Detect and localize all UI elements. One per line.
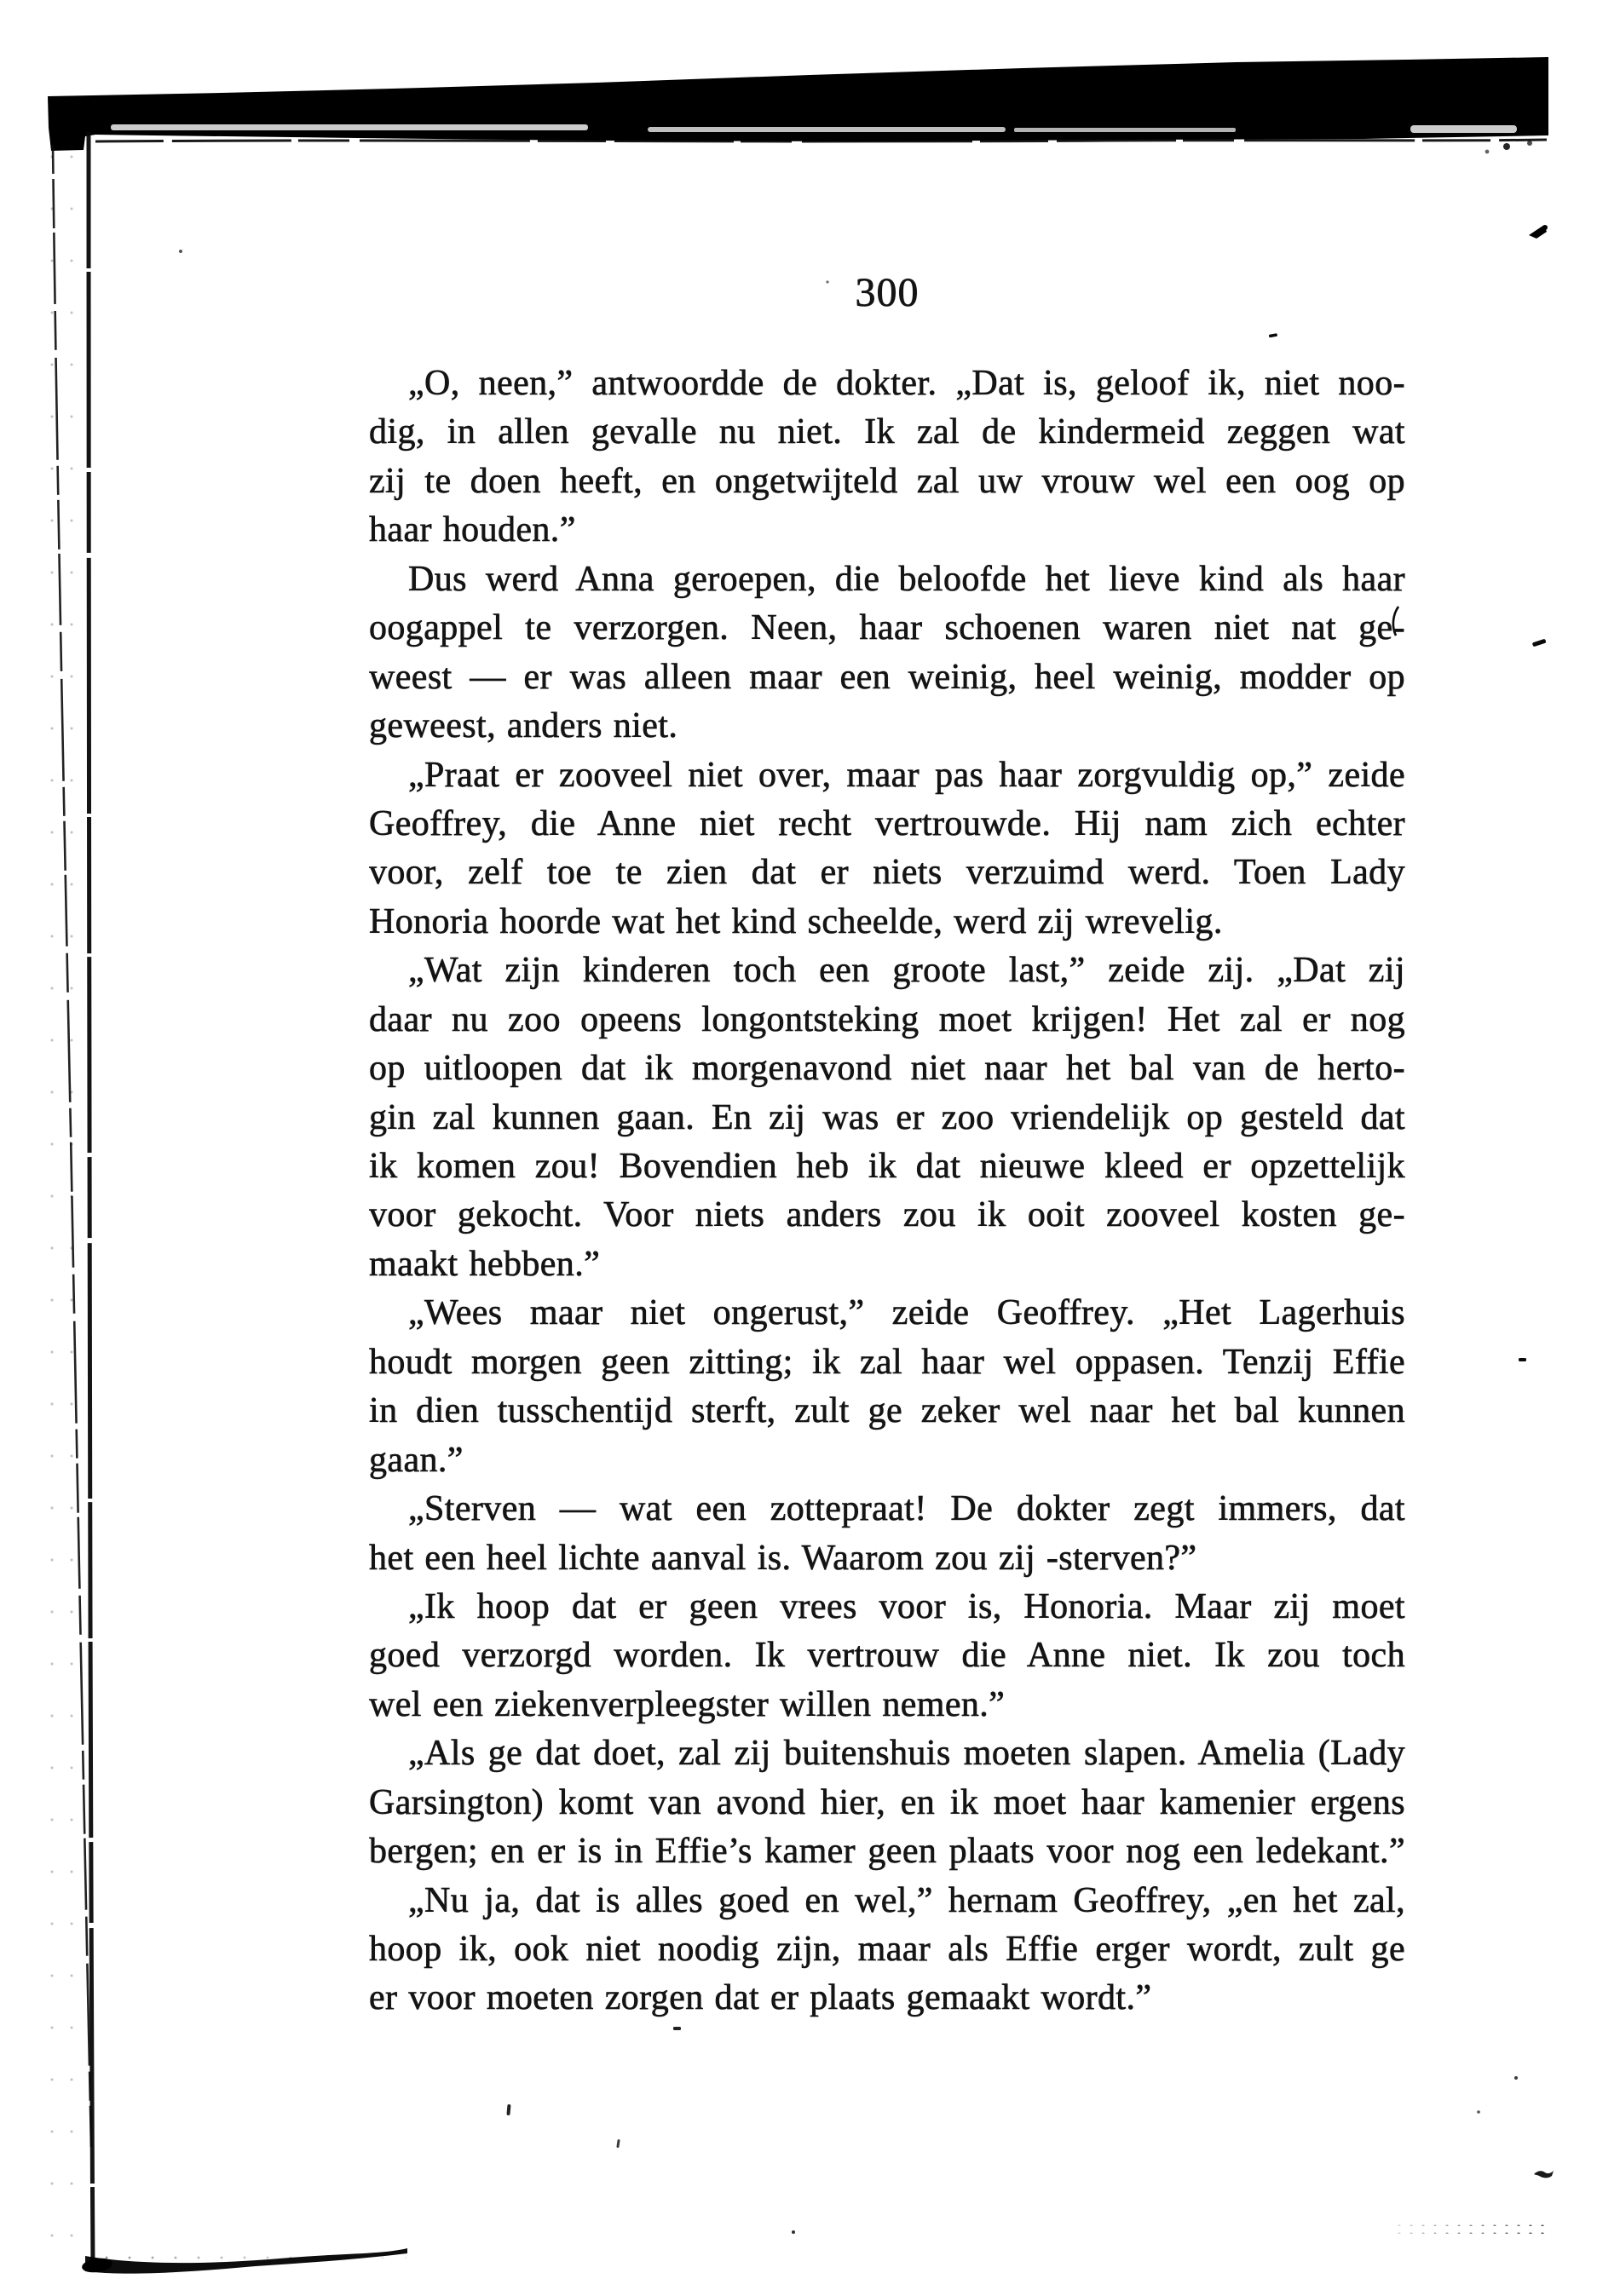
ink-dash: [1519, 1358, 1526, 1361]
text-line: „Praat er zooveel niet over, maar pas ha…: [369, 751, 1405, 800]
scan-noise: [648, 127, 1006, 132]
paragraph: „Praat er zooveel niet over, maar pas ha…: [369, 751, 1405, 947]
text-line: „Nu ja, dat is alles goed en wel,” herna…: [369, 1877, 1405, 1925]
text-line: hoop ik, ook niet noodig zijn, maar als …: [369, 1925, 1405, 1974]
text-block: „O, neen,” antwoordde de dokter. „Dat is…: [369, 360, 1405, 2023]
scan-noise: [1485, 150, 1490, 154]
text-line: houdt morgen geen zitting; ik zal haar w…: [369, 1338, 1405, 1387]
scan-noise: [111, 124, 588, 130]
paragraph: Dus werd Anna geroepen, die beloofde het…: [369, 555, 1405, 751]
paragraph: „O, neen,” antwoordde de dokter. „Dat is…: [369, 360, 1405, 555]
text-line: weest — er was alleen maar een weinig, h…: [369, 653, 1405, 702]
text-line: „Wees maar niet ongerust,” zeide Geoffre…: [369, 1289, 1405, 1338]
scan-noise: [1503, 143, 1510, 150]
text-line: in dien tusschentijd sterft, zult ge zek…: [369, 1387, 1405, 1436]
paragraph: „Ik hoop dat er geen vrees voor is, Hono…: [369, 1583, 1405, 1729]
page-number: 300: [369, 271, 1405, 315]
text-line: Dus werd Anna geroepen, die beloofde het…: [369, 555, 1405, 604]
scan-top-band: [48, 57, 1548, 151]
scan-noise: [1014, 128, 1236, 132]
ink-blob: [1542, 225, 1548, 230]
text-line: op uitloopen dat ik morgenavond niet naa…: [369, 1044, 1405, 1093]
text-line: haar houden.”: [369, 506, 1405, 555]
text-line: maakt hebben.”: [369, 1240, 1405, 1289]
ink-tick: [616, 2139, 620, 2148]
text-line: daar nu zoo opeens longontsteking moet k…: [369, 996, 1405, 1044]
text-line: „Wat zijn kinderen toch een groote last,…: [369, 947, 1405, 995]
text-line: oogappel te verzorgen. Neen, haar schoen…: [369, 604, 1405, 653]
paragraph: „Sterven — wat een zottepraat! De dokter…: [369, 1485, 1405, 1583]
dust-speckles: [1396, 2218, 1546, 2236]
text-line: bergen; en er is in Effie’s kamer geen p…: [369, 1827, 1405, 1876]
paragraph: „Nu ja, dat is alles goed en wel,” herna…: [369, 1877, 1405, 2023]
text-line: „Sterven — wat een zottepraat! De dokter…: [369, 1485, 1405, 1534]
text-line: goed verzorgd worden. Ik vertrouw die An…: [369, 1631, 1405, 1680]
text-line: Honoria hoorde wat het kind scheelde, we…: [369, 898, 1405, 947]
text-line: gin zal kunnen gaan. En zij was er zoo v…: [369, 1094, 1405, 1142]
ink-blob: [1529, 225, 1547, 239]
ink-dot: [1477, 2110, 1480, 2114]
scan-edge-line: [95, 140, 1547, 141]
text-line: geweest, anders niet.: [369, 702, 1405, 751]
text-line: ik komen zou! Bovendien heb ik dat nieuw…: [369, 1142, 1405, 1191]
ink-dash: [1269, 333, 1277, 337]
ink-dash: [673, 2027, 681, 2030]
paragraph: „Als ge dat doet, zal zij buitenshuis mo…: [369, 1729, 1405, 1876]
text-line: „Als ge dat doet, zal zij buitenshuis mo…: [369, 1729, 1405, 1778]
text-line: gaan.”: [369, 1436, 1405, 1485]
text-line: er voor moeten zorgen dat er plaats gema…: [369, 1974, 1405, 2023]
text-line: Garsington) komt van avond hier, en ik m…: [369, 1779, 1405, 1827]
text-line: Geoffrey, die Anne niet recht vertrouwde…: [369, 800, 1405, 849]
scan-noise: [1527, 141, 1532, 146]
text-line: dig, in allen gevalle nu niet. Ik zal de…: [369, 408, 1405, 457]
ink-dot: [1514, 2076, 1518, 2080]
ink-dash: [1532, 639, 1547, 647]
text-line: „O, neen,” antwoordde de dokter. „Dat is…: [369, 360, 1405, 408]
ink-dot: [179, 250, 182, 253]
book-edge-speckles: [49, 153, 87, 2258]
text-line: zij te doen heeft, en ongetwijteld zal u…: [369, 457, 1405, 506]
text-line: het een heel lichte aanval is. Waarom zo…: [369, 1534, 1405, 1583]
text-line: „Ik hoop dat er geen vrees voor is, Hono…: [369, 1583, 1405, 1631]
paragraph: „Wat zijn kinderen toch een groote last,…: [369, 947, 1405, 1289]
book-edge-line-inner: [89, 132, 93, 2268]
text-line: voor gekocht. Voor niets anders zou ik o…: [369, 1191, 1405, 1240]
text-line: voor, zelf toe te zien dat er niets verz…: [369, 849, 1405, 897]
text-line: wel een ziekenverpleegster willen nemen.…: [369, 1681, 1405, 1729]
page-scan: 300 „O, neen,” antwoordde de dokter. „Da…: [0, 0, 1597, 2296]
ink-blob: [1534, 2171, 1554, 2178]
ink-dot: [792, 2230, 795, 2234]
scan-noise: [1410, 125, 1517, 133]
paragraph: „Wees maar niet ongerust,” zeide Geoffre…: [369, 1289, 1405, 1485]
dust-trail: [102, 2253, 418, 2262]
ink-tick: [506, 2104, 510, 2115]
